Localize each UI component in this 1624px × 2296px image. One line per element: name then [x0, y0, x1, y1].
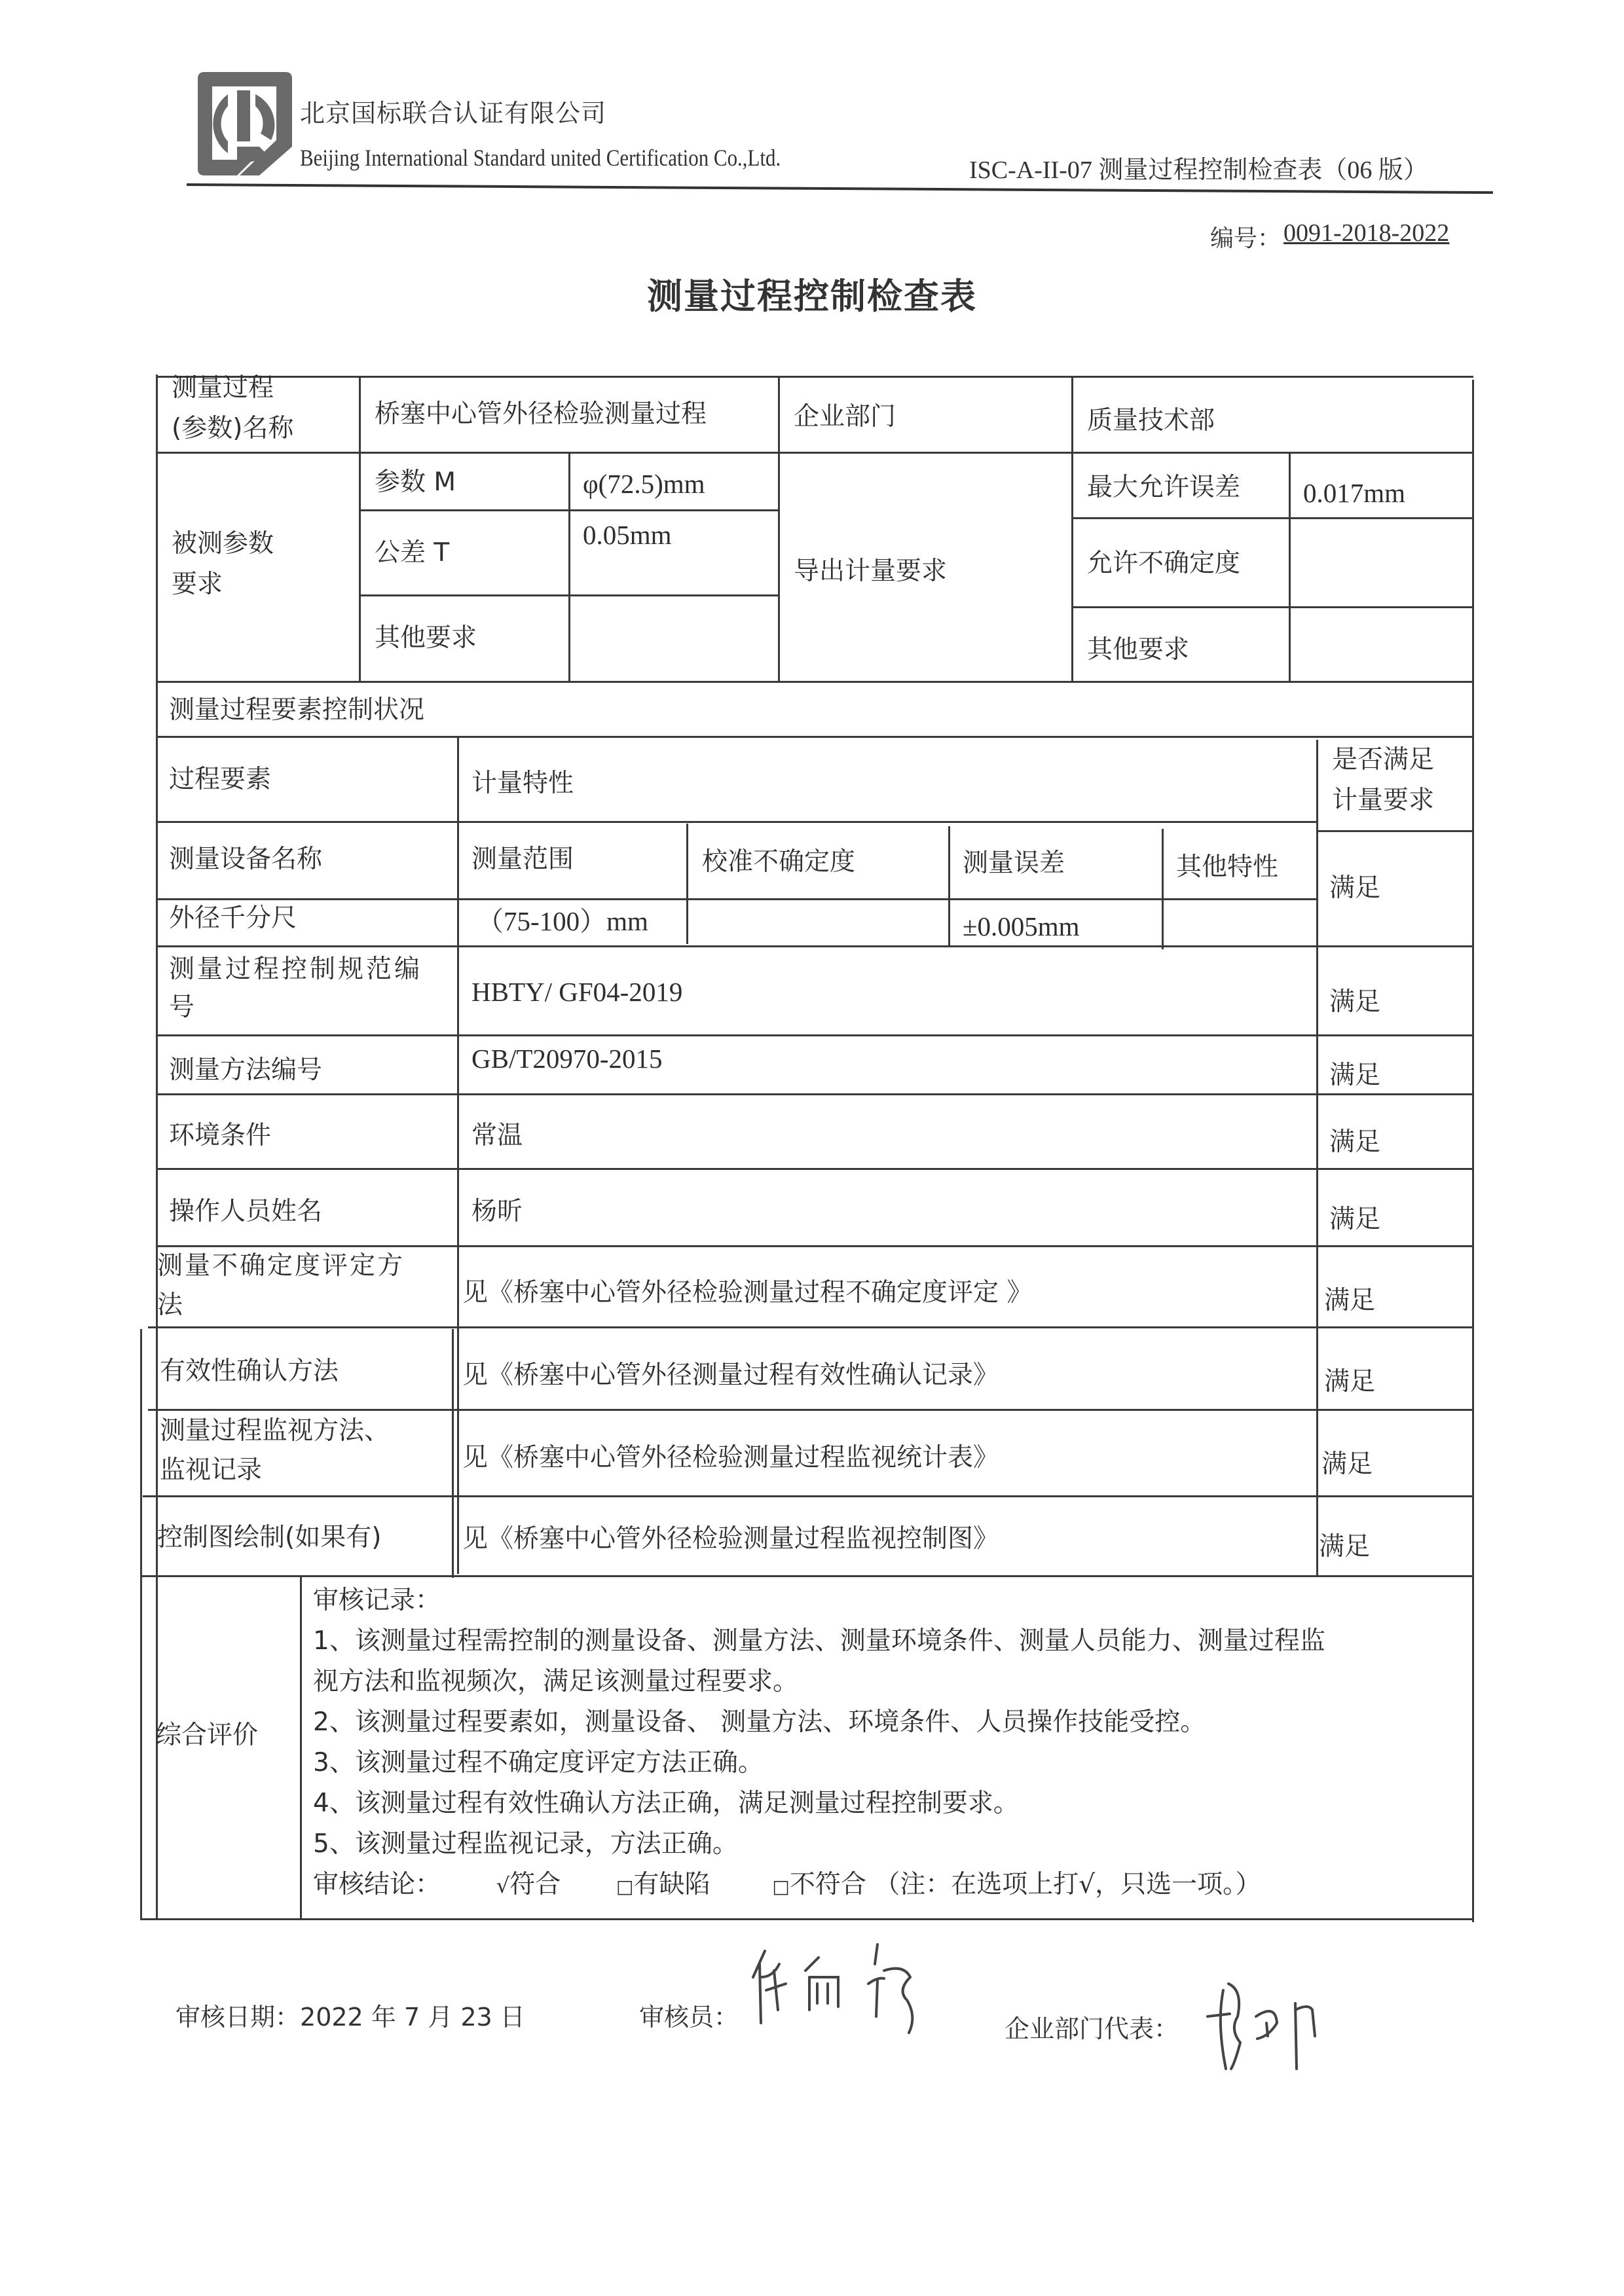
row-divider — [156, 898, 1318, 900]
row-value: 见《桥塞中心管外径测量过程有效性确认记录》 — [462, 1355, 999, 1396]
option-nonconform[interactable]: □不符合 — [772, 1870, 874, 1899]
row-label: 控制图绘制(如果有) — [157, 1518, 381, 1558]
measured-param-label: 被测参数 要求 — [172, 524, 274, 605]
overall-evaluation-label: 综合评价 — [156, 1715, 258, 1756]
table-border-right — [1472, 380, 1474, 1922]
sub-header-other: 其他特性 — [1176, 847, 1278, 888]
table-border-left — [156, 374, 158, 1918]
review-item: 视方法和监视频次，满足该测量过程要求。 — [313, 1662, 1325, 1702]
row-divider — [148, 1326, 1473, 1328]
row-divider — [156, 452, 1473, 454]
row-divider — [156, 681, 1473, 683]
row-result: 满足 — [1329, 1199, 1380, 1240]
col-divider — [948, 826, 950, 947]
row-result: 满足 — [1324, 1362, 1375, 1402]
dept-label: 企业部门 — [794, 397, 896, 437]
review-date: 审核日期：2022 年 7 月 23 日 — [175, 1997, 525, 2033]
table-border-top — [156, 376, 1473, 378]
derived-req-label: 导出计量要求 — [794, 551, 947, 592]
conclusion-note: （注：在选项上打√，只选一项。） — [874, 1870, 1261, 1899]
row-divider — [143, 1495, 1473, 1497]
row-divider — [1071, 517, 1473, 519]
process-name-value: 桥塞中心管外径检验测量过程 — [375, 394, 707, 435]
row-divider — [156, 1093, 1473, 1095]
row-divider — [1071, 606, 1473, 608]
mpe-label: 最大允许误差 — [1087, 467, 1240, 508]
col-header-satisfied: 是否满足 计量要求 — [1332, 740, 1434, 821]
col-divider — [457, 736, 459, 1574]
company-logo — [194, 68, 296, 179]
row-value: 见《桥塞中心管外径检验测量过程不确定度评定 》 — [462, 1273, 1032, 1313]
col-divider — [359, 376, 361, 682]
row-value: 见《桥塞中心管外径检验测量过程监视控制图》 — [462, 1519, 999, 1559]
review-item: 4、该测量过程有效性确认方法正确，满足测量过程控制要求。 — [313, 1783, 1325, 1824]
allowed-uncertainty-label: 允许不确定度 — [1087, 543, 1240, 584]
derived-other-label: 其他要求 — [1087, 630, 1189, 670]
option-defective[interactable]: □有缺陷 — [616, 1870, 718, 1899]
review-conclusion: 审核结论： √符合 □有缺陷 □不符合 （注：在选项上打√，只选一项。） — [313, 1865, 1325, 1907]
review-record-heading: 审核记录： — [313, 1580, 1325, 1621]
mpe-value: 0.017mm — [1303, 473, 1405, 513]
table-border-left-lower — [140, 1329, 142, 1918]
col-divider — [1071, 376, 1073, 682]
device-error: ±0.005mm — [963, 906, 1080, 947]
row-label: 测量过程控制规范编 号 — [169, 951, 422, 1027]
col-divider — [300, 1575, 302, 1918]
col-divider — [686, 824, 688, 944]
row-divider — [140, 1575, 1473, 1577]
row-result: 满足 — [1329, 1055, 1380, 1096]
col-divider — [1316, 740, 1318, 1575]
row-divider — [156, 1168, 1473, 1170]
device-name: 外径千分尺 — [169, 898, 297, 939]
option-conform[interactable]: √符合 — [496, 1870, 569, 1899]
row-label: 测量不确定度评定方 法 — [157, 1247, 405, 1325]
row-result: 满足 — [1329, 982, 1380, 1023]
review-item: 5、该测量过程监视记录，方法正确。 — [313, 1824, 1325, 1865]
row-value: 杨昕 — [471, 1192, 523, 1232]
sub-header-error: 测量误差 — [963, 843, 1065, 884]
row-label: 测量过程监视方法、 监视记录 — [160, 1412, 390, 1490]
doc-number: 0091-2018-2022 — [1283, 219, 1449, 247]
row-value: 常温 — [471, 1116, 523, 1156]
row-value: 见《桥塞中心管外径检验测量过程监视统计表》 — [462, 1438, 999, 1478]
sub-header-range: 测量范围 — [471, 839, 574, 880]
row-value: HBTY/ GF04-2019 — [471, 972, 682, 1012]
device-result: 满足 — [1329, 868, 1380, 909]
param-m-label: 参数 M — [375, 462, 456, 503]
dept-rep-label: 企业部门代表： — [1005, 2009, 1179, 2045]
review-item: 1、该测量过程需控制的测量设备、测量方法、测量环境条件、测量人员能力、测量过程监 — [313, 1621, 1325, 1662]
tolerance-value: 0.05mm — [583, 515, 672, 555]
process-name-label: 测量过程 (参数)名称 — [172, 368, 293, 449]
col-header-characteristics: 计量特性 — [471, 763, 574, 804]
col-divider — [778, 376, 780, 682]
col-divider — [1289, 452, 1291, 681]
row-divider — [156, 821, 1318, 823]
col-header-element: 过程要素 — [169, 759, 271, 800]
review-item: 3、该测量过程不确定度评定方法正确。 — [313, 1743, 1325, 1783]
row-label: 环境条件 — [169, 1116, 271, 1156]
table-border-bottom — [140, 1918, 1473, 1920]
dept-rep-signature — [1204, 1971, 1335, 2078]
row-divider — [156, 1034, 1473, 1036]
auditor-label: 审核员： — [639, 1997, 739, 2033]
col-divider — [452, 1329, 454, 1578]
row-result: 满足 — [1324, 1281, 1375, 1321]
company-name-en: Beijing International Standard united Ce… — [300, 144, 781, 172]
row-label: 测量方法编号 — [169, 1050, 322, 1091]
row-divider — [156, 945, 1473, 947]
row-value: GB/T20970-2015 — [471, 1038, 663, 1079]
sub-header-device-name: 测量设备名称 — [169, 839, 322, 880]
page-title: 测量过程控制检查表 — [0, 268, 1624, 319]
auditor-signature — [747, 1938, 950, 2039]
param-m-value: φ(72.5)mm — [583, 464, 705, 504]
form-code: ISC-A-II-07 测量过程控制检查表（06 版） — [969, 149, 1428, 185]
review-item: 2、该测量过程要素如，测量设备、 测量方法、环境条件、人员操作技能受控。 — [313, 1702, 1325, 1743]
checkbox-empty-icon: □ — [616, 1876, 633, 1897]
row-divider — [156, 736, 1473, 738]
other-req-label: 其他要求 — [375, 618, 477, 659]
company-name-cn: 北京国标联合认证有限公司 — [300, 93, 606, 129]
row-result: 满足 — [1319, 1527, 1370, 1567]
doc-number-label: 编号： — [1210, 220, 1281, 253]
row-result: 满足 — [1329, 1122, 1380, 1163]
row-label: 有效性确认方法 — [160, 1351, 339, 1392]
check-icon: √ — [496, 1873, 509, 1898]
col-divider — [1162, 829, 1164, 949]
conclusion-label: 审核结论： — [313, 1870, 441, 1899]
dept-value: 质量技术部 — [1087, 401, 1215, 441]
tolerance-label: 公差 T — [375, 533, 449, 574]
row-divider — [148, 1409, 1473, 1411]
col-divider — [568, 452, 570, 681]
row-divider — [1316, 830, 1473, 832]
row-result: 满足 — [1321, 1444, 1373, 1485]
review-record: 审核记录： 1、该测量过程需控制的测量设备、测量方法、测量环境条件、测量人员能力… — [313, 1580, 1325, 1907]
sub-header-calibration-uncertainty: 校准不确定度 — [702, 842, 855, 883]
device-range: （75-100）mm — [477, 901, 648, 941]
row-label: 操作人员姓名 — [169, 1192, 322, 1232]
checkbox-empty-icon: □ — [772, 1876, 789, 1897]
section2-heading: 测量过程要素控制状况 — [169, 690, 424, 731]
